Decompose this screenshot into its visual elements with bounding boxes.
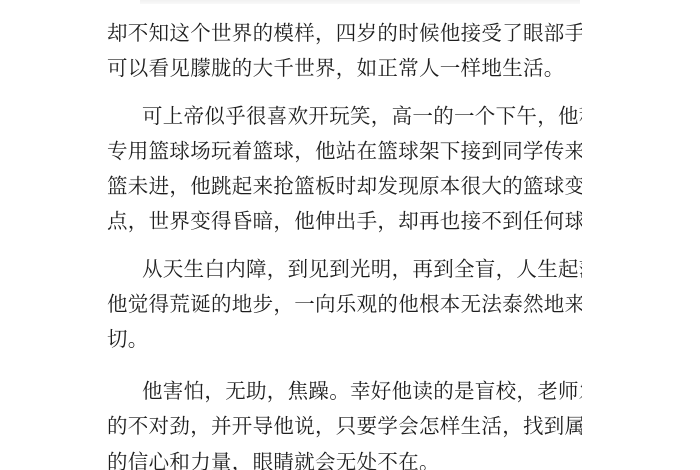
text-line: 他觉得荒诞的地步，一向乐观的他根本无法泰然地来面对这一 (107, 292, 582, 316)
text-line: 的不对劲，并开导他说，只要学会怎样生活，找到属于看不见 (107, 414, 582, 438)
text-line: 切。 (107, 327, 582, 351)
paragraph-first-line: 可上帝似乎很喜欢开玩笑，高一的一个下午，他和同学在 (142, 104, 582, 128)
document-page: 却不知这个世界的模样，四岁的时候他接受了眼部手术，开始 可以看见朦胧的大千世界，… (0, 0, 700, 470)
text-line: 专用篮球场玩着篮球，他站在篮球架下接到同学传来的球，投 (107, 139, 582, 163)
text-line: 点，世界变得昏暗，他伸出手，却再也接不到任何球。 (107, 209, 582, 233)
paragraph-first-line: 他害怕，无助，焦躁。幸好他读的是盲校，老师发现了他 (142, 379, 582, 403)
text-line-cut-off: 的信心和力量，眼睛就会无处不在。 (107, 450, 582, 470)
text-line: 却不知这个世界的模样，四岁的时候他接受了眼部手术，开始 (107, 21, 582, 45)
text-line: 可以看见朦胧的大千世界，如正常人一样地生活。 (107, 56, 582, 80)
cut-off-top-line (140, 0, 580, 4)
paragraph-first-line: 从天生白内障，到见到光明，再到全盲，人生起落到了让 (142, 257, 582, 281)
text-line: 篮未进，他跳起来抢篮板时却发现原本很大的篮球变成了小黑 (107, 174, 582, 198)
